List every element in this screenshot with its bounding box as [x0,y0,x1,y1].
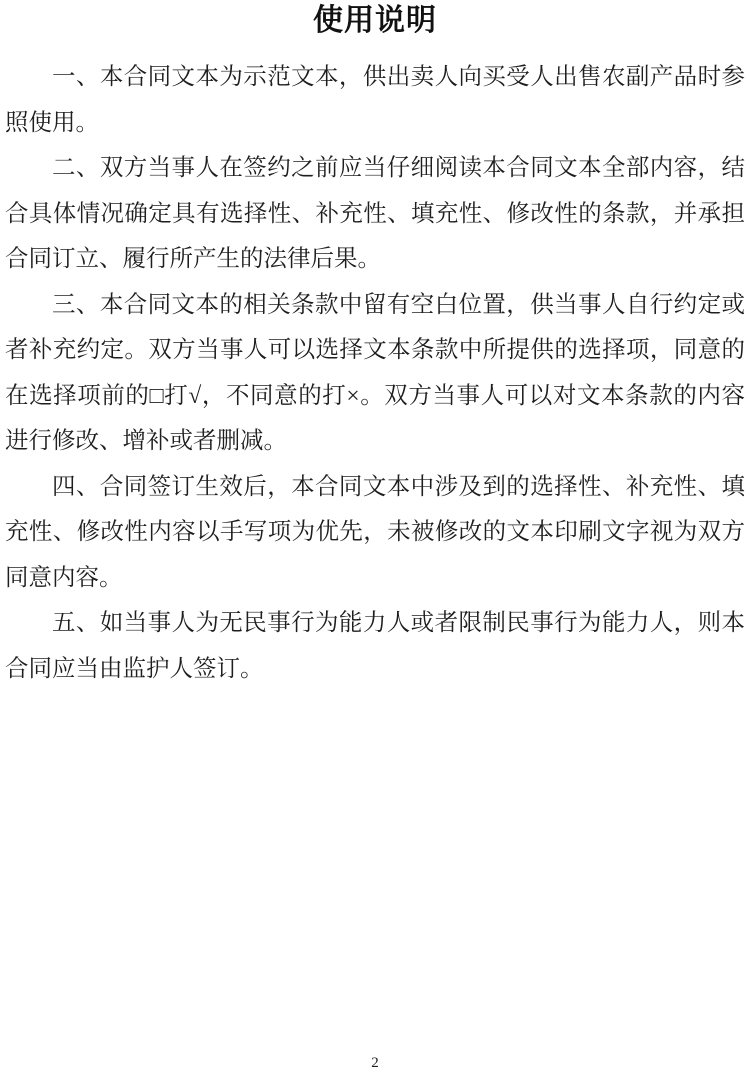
instruction-paragraph-5: 五、如当事人为无民事行为能力人或者限制民事行为能力人，则本合同应当由监护人签订。 [5,601,745,692]
page-number: 2 [371,1055,379,1071]
document-page: 使用说明 一、本合同文本为示范文本，供出卖人向买受人出售农副产品时参照使用。 二… [0,0,750,1092]
page-footer: 2 [0,1052,750,1074]
instruction-paragraph-1: 一、本合同文本为示范文本，供出卖人向买受人出售农副产品时参照使用。 [5,55,745,146]
instructions-body: 一、本合同文本为示范文本，供出卖人向买受人出售农副产品时参照使用。 二、双方当事… [0,55,750,692]
instruction-paragraph-3: 三、本合同文本的相关条款中留有空白位置，供当事人自行约定或者补充约定。双方当事人… [5,283,745,465]
instruction-paragraph-2: 二、双方当事人在签约之前应当仔细阅读本合同文本全部内容，结合具体情况确定具有选择… [5,146,745,283]
instruction-paragraph-4: 四、合同签订生效后，本合同文本中涉及到的选择性、补充性、填充性、修改性内容以手写… [5,465,745,602]
page-title: 使用说明 [0,2,750,40]
